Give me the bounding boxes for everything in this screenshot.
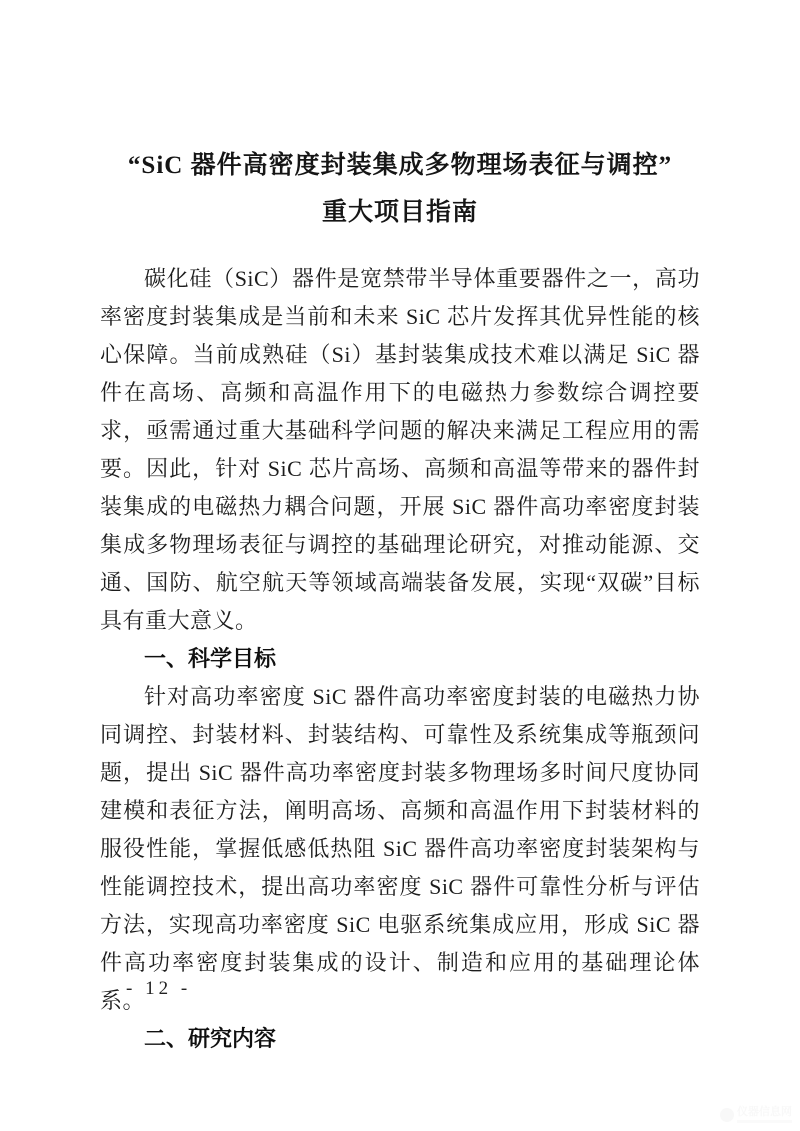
document-page: “SiC 器件高密度封装集成多物理场表征与调控” 重大项目指南 碳化硅（SiC）… <box>0 0 800 1131</box>
section-heading: 一、科学目标 <box>100 640 700 678</box>
body-paragraph: 针对高功率密度 SiC 器件高功率密度封装的电磁热力协同调控、封装材料、封装结构… <box>100 678 700 1020</box>
watermark-subline <box>737 1120 792 1123</box>
document-title-line1: “SiC 器件高密度封装集成多物理场表征与调控” <box>0 142 800 189</box>
watermark: 仪器信息网 <box>720 1107 792 1123</box>
document-title: “SiC 器件高密度封装集成多物理场表征与调控” 重大项目指南 <box>0 142 800 236</box>
section-heading: 二、研究内容 <box>100 1020 700 1058</box>
page-number: - 12 - <box>126 978 191 1000</box>
watermark-text: 仪器信息网 <box>737 1107 792 1118</box>
document-title-line2: 重大项目指南 <box>0 189 800 236</box>
watermark-logo-icon <box>720 1108 734 1122</box>
document-body: 碳化硅（SiC）器件是宽禁带半导体重要器件之一，高功率密度封装集成是当前和未来 … <box>100 260 700 1058</box>
body-paragraph: 碳化硅（SiC）器件是宽禁带半导体重要器件之一，高功率密度封装集成是当前和未来 … <box>100 260 700 640</box>
